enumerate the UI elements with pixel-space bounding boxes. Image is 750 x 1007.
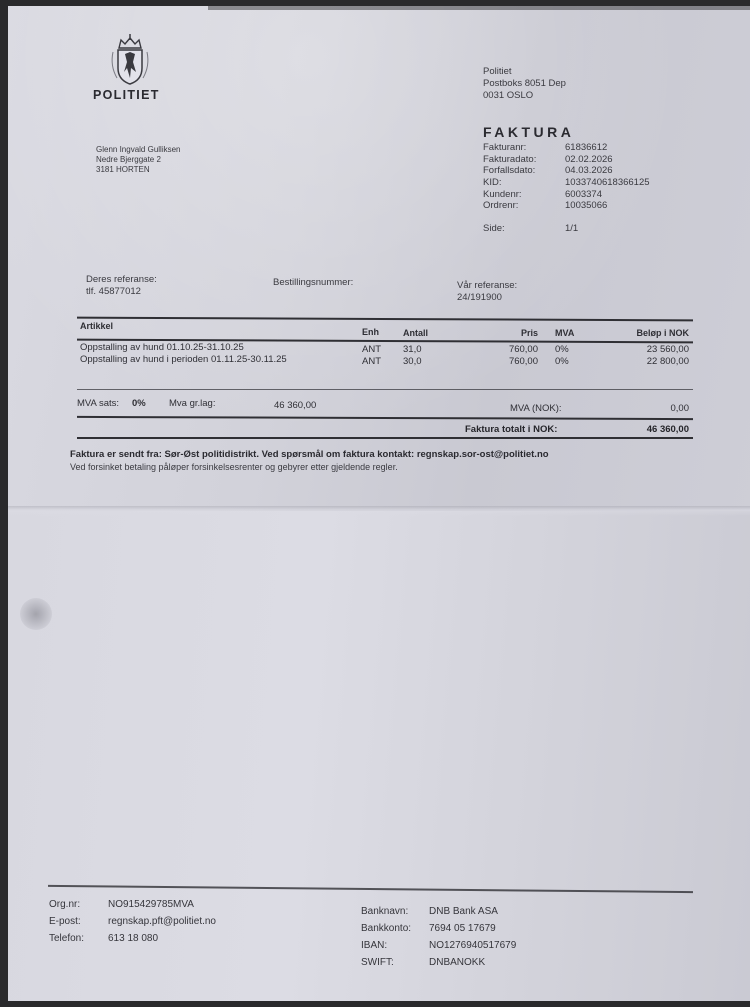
meta-invoice-number: Fakturanr: 61836612 [483,142,650,154]
meta-label: Forfallsdato: [483,165,565,177]
meta-page: Side: 1/1 [483,223,650,235]
footer-value: 613 18 080 [108,930,158,947]
footer-iban: IBAN: NO1276940517679 [361,937,516,954]
footer-label: Banknavn: [361,903,429,920]
cell-unit: ANT [362,356,381,368]
col-vat: MVA [555,328,574,338]
meta-due-date: Forfallsdato: 04.03.2026 [483,165,650,177]
meta-kid: KID: 1033740618366125 [483,177,650,189]
footer-value: DNB Bank ASA [429,903,498,920]
sender-line: Politiet [483,66,566,78]
footer-swift: SWIFT: DNBANOKK [361,954,516,971]
paper-stain [20,598,52,630]
recipient-address: Glenn Ingvald Gulliksen Nedre Bjerggate … [96,145,181,175]
footer-bank-info: Banknavn: DNB Bank ASA Bankkonto: 7694 0… [361,903,516,971]
meta-value: 1033740618366125 [565,177,650,189]
meta-value: 1/1 [565,223,578,235]
footer-label: IBAN: [361,937,429,954]
footer-org-number: Org.nr: NO915429785MVA [49,896,216,913]
your-reference-label: Deres referanse: [86,274,157,286]
col-amount: Beløp i NOK [636,328,689,338]
meta-customer-number: Kundenr: 6003374 [483,189,650,201]
footer-value: NO915429785MVA [108,896,194,913]
vat-amount-label: MVA (NOK): [510,403,562,414]
meta-label: Fakturadato: [483,154,565,166]
footer-label: SWIFT: [361,954,429,971]
footer-bank-name: Banknavn: DNB Bank ASA [361,903,516,920]
col-price: Pris [521,328,538,338]
sender-contact-note: Faktura er sendt fra: Sør-Øst politidist… [70,449,549,460]
your-reference: Deres referanse: tlf. 45877012 [86,274,157,298]
total-label: Faktura totalt i NOK: [465,424,557,435]
meta-value: 10035066 [565,200,607,212]
paper-edge-shadow [208,6,750,10]
sender-address: Politiet Postboks 8051 Dep 0031 OSLO [483,66,566,102]
invoice-total: Faktura totalt i NOK: 46 360,00 [77,424,693,438]
meta-invoice-date: Fakturadato: 02.02.2026 [483,154,650,166]
sender-line: Postboks 8051 Dep [483,78,566,90]
table-bottom-rule [77,389,693,390]
footer-value: regnskap.pft@politiet.no [108,913,216,930]
meta-label: Side: [483,223,565,235]
footer-phone: Telefon: 613 18 080 [49,930,216,947]
col-unit: Enh [362,327,379,337]
cell-price: 760,00 [509,356,538,368]
sender-line: 0031 OSLO [483,90,566,102]
footer-value: 7694 05 17679 [429,920,496,937]
organization-name: POLITIET [93,88,160,102]
recipient-line: Glenn Ingvald Gulliksen [96,145,181,155]
cell-article: Oppstalling av hund 01.10.25-31.10.25 [80,342,244,354]
footer-label: Bankkonto: [361,920,429,937]
paper-fold-line [8,506,750,516]
footer-bank-account: Bankkonto: 7694 05 17679 [361,920,516,937]
footer-label: Telefon: [49,930,108,947]
footer-value: DNBANOKK [429,954,485,971]
meta-label: Fakturanr: [483,142,565,154]
table-row: Oppstalling av hund 01.10.25-31.10.25 AN… [77,342,693,354]
footer-company-info: Org.nr: NO915429785MVA E-post: regnskap.… [49,896,216,947]
meta-value: 61836612 [565,142,607,154]
vat-rate-value: 0% [132,398,146,409]
vat-rate-label: MVA sats: [77,398,119,409]
late-payment-note: Ved forsinket betaling påløper forsinkel… [70,462,398,472]
total-value: 46 360,00 [647,424,689,435]
our-reference: Vår referanse: 24/191900 [457,280,517,304]
table-header: Artikkel Enh Antall Pris MVA Beløp i NOK [77,320,693,342]
recipient-line: 3181 HORTEN [96,165,181,175]
coat-of-arms-icon [105,32,155,88]
meta-value: 6003374 [565,189,602,201]
meta-value: 02.02.2026 [565,154,613,166]
meta-label: Ordrenr: [483,200,565,212]
cell-quantity: 30,0 [403,356,422,368]
cell-vat: 0% [555,356,569,368]
invoice-meta: Fakturanr: 61836612 Fakturadato: 02.02.2… [483,142,650,235]
vat-amount-value: 0,00 [671,403,690,414]
our-reference-label: Vår referanse: [457,280,517,292]
meta-label: KID: [483,177,565,189]
col-article: Artikkel [80,321,113,331]
footer-label: Org.nr: [49,896,108,913]
recipient-line: Nedre Bjerggate 2 [96,155,181,165]
vat-base-value: 46 360,00 [274,400,316,411]
our-reference-value: 24/191900 [457,292,517,304]
col-quantity: Antall [403,328,428,338]
order-number-label: Bestillingsnummer: [273,277,353,289]
meta-order-number: Ordrenr: 10035066 [483,200,650,212]
footer-email: E-post: regnskap.pft@politiet.no [49,913,216,930]
footer-label: E-post: [49,913,108,930]
table-row: Oppstalling av hund i perioden 01.11.25-… [77,354,693,366]
vat-base-label: Mva gr.lag: [169,398,215,409]
cell-amount: 22 800,00 [647,356,689,368]
footer-value: NO1276940517679 [429,937,516,954]
meta-label: Kundenr: [483,189,565,201]
order-number-reference: Bestillingsnummer: [273,277,353,289]
line-items-table: Artikkel Enh Antall Pris MVA Beløp i NOK… [77,320,693,365]
your-reference-value: tlf. 45877012 [86,286,157,298]
invoice-title: FAKTURA [483,124,574,140]
vat-summary: MVA sats: 0% Mva gr.lag: 46 360,00 MVA (… [77,398,693,414]
cell-article: Oppstalling av hund i perioden 01.11.25-… [80,354,287,366]
meta-value: 04.03.2026 [565,165,613,177]
